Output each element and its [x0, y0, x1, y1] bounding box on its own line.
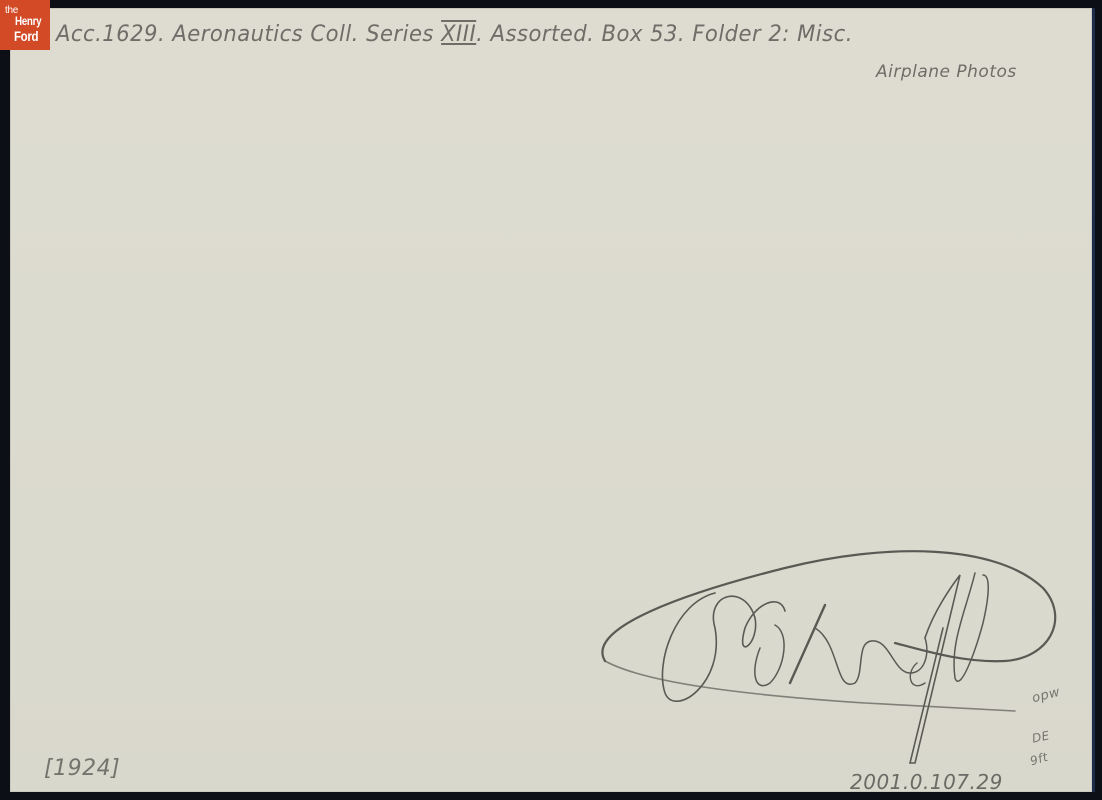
- accession-number: 2001.0.107.29: [850, 770, 1003, 794]
- series-roman-numeral: XIII: [441, 22, 476, 47]
- logo-ford: Ford: [14, 28, 38, 44]
- photo-back-paper: Acc.1629. Aeronautics Coll. Series XIII.…: [10, 8, 1092, 792]
- caption-line-1: Acc.1629. Aeronautics Coll. Series XIII.…: [56, 22, 853, 47]
- date-note: [1924]: [44, 756, 120, 781]
- henry-ford-logo: the Henry Ford: [0, 0, 50, 50]
- caption-line-2: Airplane Photos: [876, 62, 1017, 82]
- logo-henry: Henry: [15, 14, 41, 28]
- signature-scribble-icon: [565, 533, 1075, 768]
